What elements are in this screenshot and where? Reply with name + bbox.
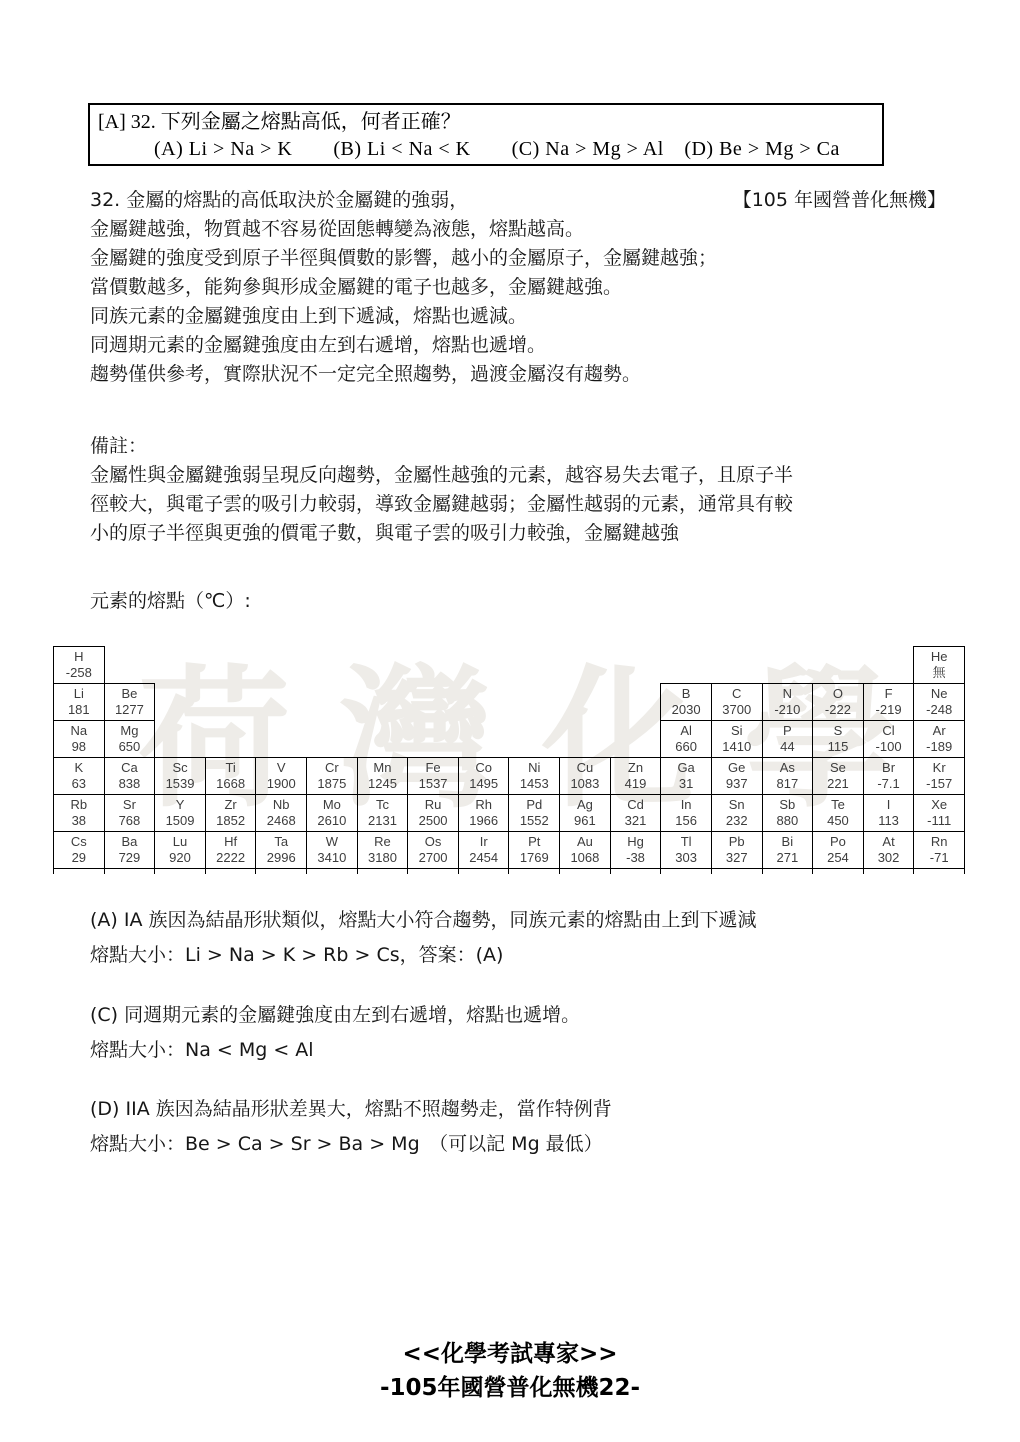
element-cell-Cl: Cl-100 xyxy=(863,721,914,758)
explanation-line: 金屬鍵的強度受到原子半徑與價數的影響，越小的金屬原子，金屬鍵越強； xyxy=(90,244,946,273)
element-cell-I: I113 xyxy=(863,795,914,832)
element-melting-point: 817 xyxy=(763,776,813,792)
empty-cell xyxy=(357,684,408,721)
clipped-row-stub xyxy=(54,869,965,874)
element-melting-point: 2222 xyxy=(206,850,256,866)
element-melting-point: 768 xyxy=(105,813,155,829)
empty-cell xyxy=(610,721,661,758)
element-cell-V: V1900 xyxy=(256,758,307,795)
element-melting-point: 221 xyxy=(813,776,863,792)
element-symbol: Sr xyxy=(105,797,155,813)
element-cell-K: K63 xyxy=(54,758,105,795)
empty-cell xyxy=(863,647,914,684)
element-symbol: Ga xyxy=(661,760,711,776)
element-cell-Cd: Cd321 xyxy=(610,795,661,832)
element-melting-point: 1277 xyxy=(105,702,155,718)
element-melting-point: 115 xyxy=(813,739,863,755)
element-melting-point: -248 xyxy=(914,702,964,718)
empty-cell xyxy=(762,647,813,684)
element-symbol: Zn xyxy=(611,760,661,776)
element-cell-Po: Po254 xyxy=(813,832,864,869)
element-melting-point: 1966 xyxy=(459,813,509,829)
element-cell-Pd: Pd1552 xyxy=(509,795,560,832)
empty-cell xyxy=(458,647,509,684)
clipped-cell xyxy=(762,869,813,874)
element-melting-point: 880 xyxy=(763,813,813,829)
element-symbol: O xyxy=(813,686,863,702)
element-cell-Rb: Rb38 xyxy=(54,795,105,832)
question-box: [A] 32. 下列金屬之熔點高低，何者正確？ (A) Li > Na > K … xyxy=(88,103,884,166)
element-cell-Te: Te450 xyxy=(813,795,864,832)
element-cell-Tc: Tc2131 xyxy=(357,795,408,832)
answer-a-line2: 熔點大小：Li > Na > K > Rb > Cs，答案：(A) xyxy=(90,938,960,973)
clipped-cell xyxy=(711,869,762,874)
explanation-line: 金屬鍵越強，物質越不容易從固態轉變為液態，熔點越高。 xyxy=(90,215,946,244)
element-cell-Mg: Mg650 xyxy=(104,721,155,758)
explanation-line: 當價數越多，能夠參與形成金屬鍵的電子也越多，金屬鍵越強。 xyxy=(90,273,946,302)
element-cell-As: As817 xyxy=(762,758,813,795)
element-symbol: Cd xyxy=(611,797,661,813)
element-cell-O: O-222 xyxy=(813,684,864,721)
clipped-cell xyxy=(205,869,256,874)
element-symbol: Ba xyxy=(105,834,155,850)
periodic-table-row: Li181Be1277B2030C3700N-210O-222F-219Ne-2… xyxy=(54,684,965,721)
element-symbol: Bi xyxy=(763,834,813,850)
element-symbol: Pt xyxy=(509,834,559,850)
element-cell-Ag: Ag961 xyxy=(560,795,611,832)
periodic-table-row: K63Ca838Sc1539Ti1668V1900Cr1875Mn1245Fe1… xyxy=(54,758,965,795)
element-melting-point: 419 xyxy=(611,776,661,792)
element-symbol: Kr xyxy=(914,760,964,776)
element-symbol: Sn xyxy=(712,797,762,813)
element-symbol: Nb xyxy=(256,797,306,813)
element-symbol: Ta xyxy=(256,834,306,850)
element-melting-point: 1453 xyxy=(509,776,559,792)
element-cell-Ru: Ru2500 xyxy=(408,795,459,832)
element-cell-Nb: Nb2468 xyxy=(256,795,307,832)
element-cell-Zn: Zn419 xyxy=(610,758,661,795)
element-cell-Ca: Ca838 xyxy=(104,758,155,795)
empty-cell xyxy=(408,684,459,721)
element-melting-point: 2468 xyxy=(256,813,306,829)
element-cell-Ti: Ti1668 xyxy=(205,758,256,795)
element-melting-point: 113 xyxy=(864,813,914,829)
element-melting-point: 660 xyxy=(661,739,711,755)
element-melting-point: 1495 xyxy=(459,776,509,792)
element-melting-point: 1852 xyxy=(206,813,256,829)
element-symbol: Ge xyxy=(712,760,762,776)
empty-cell xyxy=(256,684,307,721)
element-symbol: Y xyxy=(155,797,205,813)
element-melting-point: 271 xyxy=(763,850,813,866)
element-symbol: B xyxy=(661,686,711,702)
element-symbol: Si xyxy=(712,723,762,739)
element-cell-Se: Se221 xyxy=(813,758,864,795)
periodic-table-row: Rb38Sr768Y1509Zr1852Nb2468Mo2610Tc2131Ru… xyxy=(54,795,965,832)
element-cell-Ar: Ar-189 xyxy=(914,721,965,758)
element-melting-point: 1537 xyxy=(408,776,458,792)
empty-cell xyxy=(661,647,712,684)
element-melting-point: 1539 xyxy=(155,776,205,792)
element-cell-Ni: Ni1453 xyxy=(509,758,560,795)
element-melting-point: -38 xyxy=(611,850,661,866)
element-cell-Sr: Sr768 xyxy=(104,795,155,832)
element-melting-point: 1875 xyxy=(307,776,357,792)
element-melting-point: 1900 xyxy=(256,776,306,792)
empty-cell xyxy=(610,647,661,684)
answer-c-line1: (C) 同週期元素的金屬鍵強度由左到右遞增，熔點也遞增。 xyxy=(90,998,960,1033)
clipped-cell xyxy=(610,869,661,874)
element-melting-point: 無 xyxy=(914,665,964,681)
element-cell-In: In156 xyxy=(661,795,712,832)
element-cell-Bi: Bi271 xyxy=(762,832,813,869)
element-melting-point: 156 xyxy=(661,813,711,829)
clipped-cell xyxy=(914,869,965,874)
element-symbol: Br xyxy=(864,760,914,776)
element-cell-Ta: Ta2996 xyxy=(256,832,307,869)
element-melting-point: -258 xyxy=(54,665,104,681)
element-symbol: At xyxy=(864,834,914,850)
element-melting-point: 2131 xyxy=(358,813,408,829)
empty-cell xyxy=(104,647,155,684)
element-melting-point: -157 xyxy=(914,776,964,792)
question-text: [A] 32. 下列金屬之熔點高低，何者正確？ xyxy=(98,109,874,136)
element-melting-point: 181 xyxy=(54,702,104,718)
empty-cell xyxy=(610,684,661,721)
empty-cell xyxy=(205,721,256,758)
element-cell-Pb: Pb327 xyxy=(711,832,762,869)
element-cell-He: He無 xyxy=(914,647,965,684)
exam-solution-page: [A] 32. 下列金屬之熔點高低，何者正確？ (A) Li > Na > K … xyxy=(0,0,1020,1442)
element-melting-point: -210 xyxy=(763,702,813,718)
element-cell-Ne: Ne-248 xyxy=(914,684,965,721)
element-cell-Tl: Tl303 xyxy=(661,832,712,869)
clipped-cell xyxy=(458,869,509,874)
element-symbol: Ar xyxy=(914,723,964,739)
element-cell-Si: Si1410 xyxy=(711,721,762,758)
element-cell-P: P44 xyxy=(762,721,813,758)
element-symbol: Ag xyxy=(560,797,610,813)
answer-c-block: (C) 同週期元素的金屬鍵強度由左到右遞增，熔點也遞增。 熔點大小：Na < M… xyxy=(90,998,960,1068)
element-cell-Ba: Ba729 xyxy=(104,832,155,869)
exam-source-tag: 【105 年國營普化無機】 xyxy=(733,186,946,215)
element-cell-S: S115 xyxy=(813,721,864,758)
empty-cell xyxy=(509,684,560,721)
element-symbol: Be xyxy=(105,686,155,702)
melting-point-periodic-table: H-258He無Li181Be1277B2030C3700N-210O-222F… xyxy=(53,646,965,874)
clipped-cell xyxy=(307,869,358,874)
element-melting-point: 937 xyxy=(712,776,762,792)
element-melting-point: 1552 xyxy=(509,813,559,829)
element-symbol: Sc xyxy=(155,760,205,776)
element-symbol: Lu xyxy=(155,834,205,850)
element-cell-Os: Os2700 xyxy=(408,832,459,869)
clipped-cell xyxy=(104,869,155,874)
element-melting-point: 31 xyxy=(661,776,711,792)
empty-cell xyxy=(256,721,307,758)
element-melting-point: -222 xyxy=(813,702,863,718)
periodic-table-row: Cs29Ba729Lu920Hf2222Ta2996W3410Re3180Os2… xyxy=(54,832,965,869)
empty-cell xyxy=(205,647,256,684)
element-melting-point: 3180 xyxy=(358,850,408,866)
element-symbol: V xyxy=(256,760,306,776)
element-melting-point: 232 xyxy=(712,813,762,829)
element-cell-Al: Al660 xyxy=(661,721,712,758)
element-cell-Sn: Sn232 xyxy=(711,795,762,832)
element-symbol: C xyxy=(712,686,762,702)
element-melting-point: 327 xyxy=(712,850,762,866)
empty-cell xyxy=(560,684,611,721)
clipped-cell xyxy=(54,869,105,874)
empty-cell xyxy=(205,684,256,721)
element-symbol: Os xyxy=(408,834,458,850)
element-melting-point: 321 xyxy=(611,813,661,829)
element-symbol: Cr xyxy=(307,760,357,776)
element-melting-point: 29 xyxy=(54,850,104,866)
element-cell-Sb: Sb880 xyxy=(762,795,813,832)
element-cell-Zr: Zr1852 xyxy=(205,795,256,832)
element-symbol: Li xyxy=(54,686,104,702)
element-symbol: Hf xyxy=(206,834,256,850)
element-melting-point: 961 xyxy=(560,813,610,829)
element-symbol: Mn xyxy=(358,760,408,776)
element-cell-Cu: Cu1083 xyxy=(560,758,611,795)
empty-cell xyxy=(458,684,509,721)
element-melting-point: 450 xyxy=(813,813,863,829)
element-melting-point: -7.1 xyxy=(864,776,914,792)
element-cell-Kr: Kr-157 xyxy=(914,758,965,795)
element-melting-point: -189 xyxy=(914,739,964,755)
element-melting-point: 838 xyxy=(105,776,155,792)
element-cell-Pt: Pt1769 xyxy=(509,832,560,869)
element-cell-B: B2030 xyxy=(661,684,712,721)
note-line: 小的原子半徑與更強的價電子數，與電子雲的吸引力較強，金屬鍵越強 xyxy=(90,519,950,548)
element-symbol: N xyxy=(763,686,813,702)
element-symbol: Ni xyxy=(509,760,559,776)
element-cell-Mo: Mo2610 xyxy=(307,795,358,832)
element-symbol: Zr xyxy=(206,797,256,813)
element-melting-point: 63 xyxy=(54,776,104,792)
element-melting-point: 920 xyxy=(155,850,205,866)
element-melting-point: 2454 xyxy=(459,850,509,866)
element-melting-point: 98 xyxy=(54,739,104,755)
element-cell-N: N-210 xyxy=(762,684,813,721)
empty-cell xyxy=(560,721,611,758)
empty-cell xyxy=(155,647,206,684)
element-melting-point: 1083 xyxy=(560,776,610,792)
explanation-line: 同族元素的金屬鍵強度由上到下遞減，熔點也遞減。 xyxy=(90,302,946,331)
answer-d-block: (D) IIA 族因為結晶形狀差異大，熔點不照趨勢走，當作特例背 熔點大小：Be… xyxy=(90,1092,960,1162)
explanation-line: 趨勢僅供參考，實際狀況不一定完全照趨勢，過渡金屬沒有趨勢。 xyxy=(90,360,946,389)
element-cell-Li: Li181 xyxy=(54,684,105,721)
element-symbol: Rn xyxy=(914,834,964,850)
element-melting-point: 1769 xyxy=(509,850,559,866)
element-symbol: Au xyxy=(560,834,610,850)
empty-cell xyxy=(408,647,459,684)
element-symbol: Rb xyxy=(54,797,104,813)
footer-page-label: -105年國營普化無機22- xyxy=(0,1371,1020,1405)
element-symbol: Cs xyxy=(54,834,104,850)
footer-brand: <<化學考試專家>> xyxy=(0,1337,1020,1371)
empty-cell xyxy=(357,647,408,684)
element-cell-W: W3410 xyxy=(307,832,358,869)
element-melting-point: -111 xyxy=(914,813,964,829)
clipped-cell xyxy=(155,869,206,874)
element-symbol: Al xyxy=(661,723,711,739)
answer-a-line1: (A) IA 族因為結晶形狀類似，熔點大小符合趨勢，同族元素的熔點由上到下遞減 xyxy=(90,903,960,938)
element-melting-point: 302 xyxy=(864,850,914,866)
element-cell-Ir: Ir2454 xyxy=(458,832,509,869)
element-cell-Hf: Hf2222 xyxy=(205,832,256,869)
empty-cell xyxy=(711,647,762,684)
empty-cell xyxy=(813,647,864,684)
element-cell-Ge: Ge937 xyxy=(711,758,762,795)
element-melting-point: 3410 xyxy=(307,850,357,866)
element-symbol: Mo xyxy=(307,797,357,813)
element-melting-point: 1410 xyxy=(712,739,762,755)
element-symbol: As xyxy=(763,760,813,776)
element-melting-point: -100 xyxy=(864,739,914,755)
element-symbol: K xyxy=(54,760,104,776)
element-symbol: F xyxy=(864,686,914,702)
element-symbol: Ru xyxy=(408,797,458,813)
element-cell-Mn: Mn1245 xyxy=(357,758,408,795)
element-symbol: In xyxy=(661,797,711,813)
element-cell-Xe: Xe-111 xyxy=(914,795,965,832)
element-symbol: Te xyxy=(813,797,863,813)
element-cell-Re: Re3180 xyxy=(357,832,408,869)
element-melting-point: 2700 xyxy=(408,850,458,866)
clipped-cell xyxy=(408,869,459,874)
element-melting-point: 1509 xyxy=(155,813,205,829)
element-symbol: Po xyxy=(813,834,863,850)
element-melting-point: 2996 xyxy=(256,850,306,866)
element-cell-Cr: Cr1875 xyxy=(307,758,358,795)
empty-cell xyxy=(458,721,509,758)
clipped-cell xyxy=(863,869,914,874)
explanation-block: 32. 金屬的熔點的高低取決於金屬鍵的強弱， 【105 年國營普化無機】 金屬鍵… xyxy=(90,186,946,389)
element-melting-point: 1668 xyxy=(206,776,256,792)
element-symbol: Cl xyxy=(864,723,914,739)
element-symbol: Cu xyxy=(560,760,610,776)
element-symbol: Ca xyxy=(105,760,155,776)
answer-c-line2: 熔點大小：Na < Mg < Al xyxy=(90,1033,960,1068)
element-symbol: Ir xyxy=(459,834,509,850)
element-cell-Co: Co1495 xyxy=(458,758,509,795)
explanation-lead: 32. 金屬的熔點的高低取決於金屬鍵的強弱， xyxy=(90,186,468,215)
element-cell-Fe: Fe1537 xyxy=(408,758,459,795)
explanation-line: 同週期元素的金屬鍵強度由左到右遞增，熔點也遞增。 xyxy=(90,331,946,360)
element-cell-F: F-219 xyxy=(863,684,914,721)
element-symbol: P xyxy=(763,723,813,739)
element-symbol: Fe xyxy=(408,760,458,776)
element-symbol: Co xyxy=(459,760,509,776)
empty-cell xyxy=(155,684,206,721)
empty-cell xyxy=(357,721,408,758)
element-cell-Br: Br-7.1 xyxy=(863,758,914,795)
element-melting-point: 3700 xyxy=(712,702,762,718)
element-symbol: He xyxy=(914,649,964,665)
element-symbol: Pd xyxy=(509,797,559,813)
element-symbol: Xe xyxy=(914,797,964,813)
element-melting-point: 303 xyxy=(661,850,711,866)
element-melting-point: 44 xyxy=(763,739,813,755)
element-symbol: I xyxy=(864,797,914,813)
question-options: (A) Li > Na > K (B) Li < Na < K (C) Na >… xyxy=(98,136,874,163)
element-cell-Sc: Sc1539 xyxy=(155,758,206,795)
element-symbol: Tl xyxy=(661,834,711,850)
note-line: 徑較大，與電子雲的吸引力較弱，導致金屬鍵越弱；金屬性越弱的元素，通常具有較 xyxy=(90,490,950,519)
element-symbol: Re xyxy=(358,834,408,850)
answer-d-line2: 熔點大小：Be > Ca > Sr > Ba > Mg （可以記 Mg 最低） xyxy=(90,1127,960,1162)
element-symbol: Rh xyxy=(459,797,509,813)
table-heading: 元素的熔點（℃）: xyxy=(90,586,251,613)
element-cell-H: H-258 xyxy=(54,647,105,684)
element-cell-Na: Na98 xyxy=(54,721,105,758)
element-melting-point: -219 xyxy=(864,702,914,718)
element-cell-Lu: Lu920 xyxy=(155,832,206,869)
answer-d-line1: (D) IIA 族因為結晶形狀差異大，熔點不照趨勢走，當作特例背 xyxy=(90,1092,960,1127)
clipped-cell xyxy=(256,869,307,874)
clipped-cell xyxy=(560,869,611,874)
clipped-cell xyxy=(661,869,712,874)
element-melting-point: 38 xyxy=(54,813,104,829)
explanation-first-line: 32. 金屬的熔點的高低取決於金屬鍵的強弱， 【105 年國營普化無機】 xyxy=(90,186,946,215)
element-melting-point: 1245 xyxy=(358,776,408,792)
empty-cell xyxy=(307,721,358,758)
note-line: 金屬性與金屬鍵強弱呈現反向趨勢，金屬性越強的元素，越容易失去電子，且原子半 xyxy=(90,461,950,490)
note-block: 備註： 金屬性與金屬鍵強弱呈現反向趨勢，金屬性越強的元素，越容易失去電子，且原子… xyxy=(90,432,950,548)
clipped-cell xyxy=(813,869,864,874)
element-symbol: Hg xyxy=(611,834,661,850)
clipped-cell xyxy=(509,869,560,874)
element-symbol: Pb xyxy=(712,834,762,850)
element-cell-At: At302 xyxy=(863,832,914,869)
empty-cell xyxy=(509,721,560,758)
empty-cell xyxy=(307,684,358,721)
clipped-cell xyxy=(357,869,408,874)
page-footer: <<化學考試專家>> -105年國營普化無機22- xyxy=(0,1337,1020,1405)
note-title: 備註： xyxy=(90,432,950,461)
element-melting-point: 2610 xyxy=(307,813,357,829)
element-symbol: Mg xyxy=(105,723,155,739)
element-symbol: Ti xyxy=(206,760,256,776)
element-symbol: H xyxy=(54,649,104,665)
element-melting-point: 650 xyxy=(105,739,155,755)
periodic-table-row: H-258He無 xyxy=(54,647,965,684)
element-cell-Y: Y1509 xyxy=(155,795,206,832)
empty-cell xyxy=(155,721,206,758)
element-cell-Be: Be1277 xyxy=(104,684,155,721)
element-melting-point: -71 xyxy=(914,850,964,866)
element-cell-C: C3700 xyxy=(711,684,762,721)
empty-cell xyxy=(256,647,307,684)
element-melting-point: 2030 xyxy=(661,702,711,718)
element-melting-point: 2500 xyxy=(408,813,458,829)
element-symbol: W xyxy=(307,834,357,850)
element-symbol: Tc xyxy=(358,797,408,813)
element-melting-point: 1068 xyxy=(560,850,610,866)
element-cell-Rh: Rh1966 xyxy=(458,795,509,832)
element-cell-Hg: Hg-38 xyxy=(610,832,661,869)
empty-cell xyxy=(560,647,611,684)
empty-cell xyxy=(307,647,358,684)
empty-cell xyxy=(509,647,560,684)
element-symbol: Se xyxy=(813,760,863,776)
empty-cell xyxy=(408,721,459,758)
element-cell-Au: Au1068 xyxy=(560,832,611,869)
element-symbol: Sb xyxy=(763,797,813,813)
